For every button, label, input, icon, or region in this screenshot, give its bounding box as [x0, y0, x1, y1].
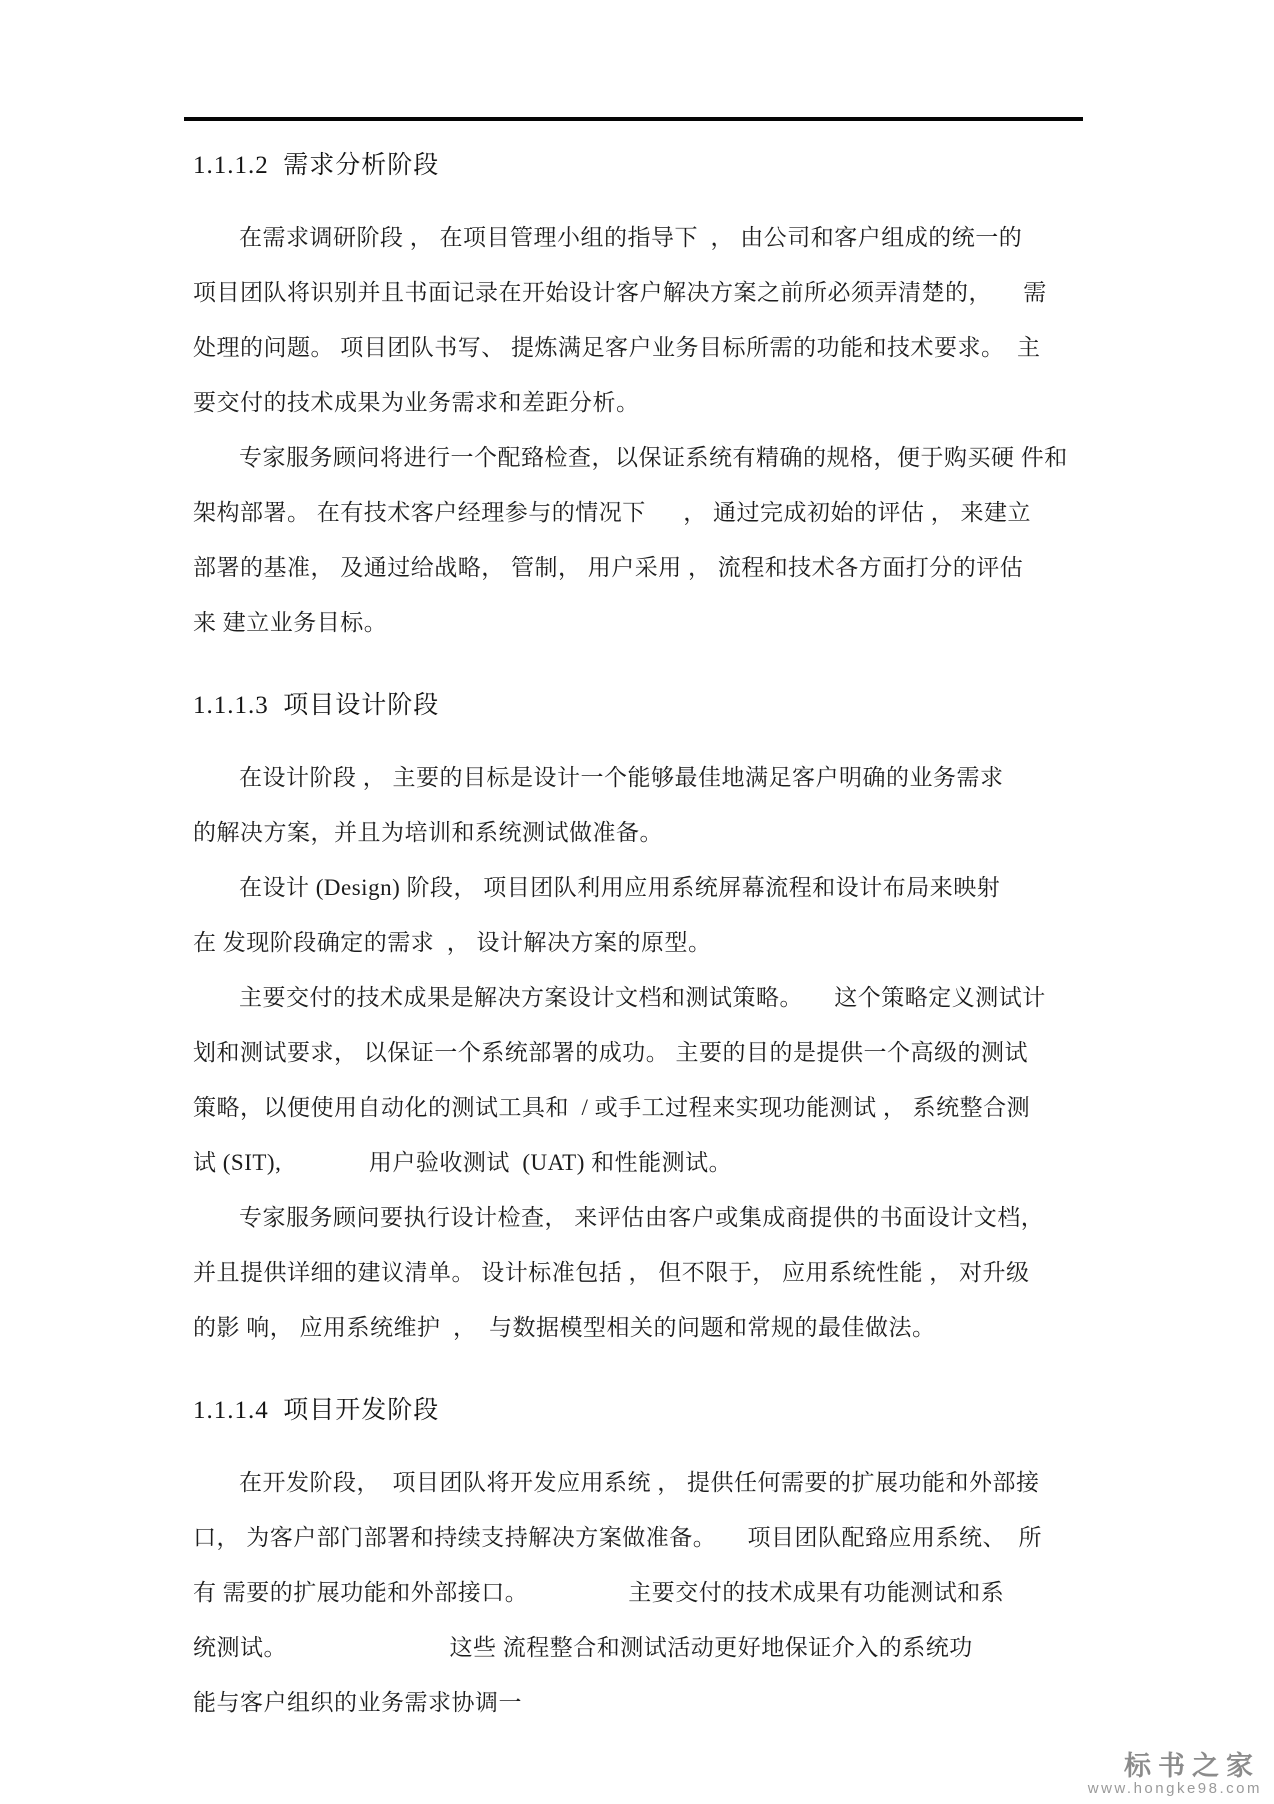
- paragraph-line: 的解决方案，并且为培训和系统测试做准备。: [193, 805, 1085, 860]
- document-page: 1.1.1.2 需求分析阶段在需求调研阶段 ， 在项目管理小组的指导下 ， 由公…: [0, 0, 1274, 1804]
- document-body: 1.1.1.2 需求分析阶段在需求调研阶段 ， 在项目管理小组的指导下 ， 由公…: [193, 0, 1085, 1730]
- paragraph: 专家服务顾问将进行一个配臵检查，以保证系统有精确的规格，便于购买硬 件和架构部署…: [193, 430, 1085, 650]
- document-section: 1.1.1.3 项目设计阶段在设计阶段 ， 主要的目标是设计一个能够最佳地满足客…: [193, 690, 1085, 1355]
- paragraph-line: 架构部署。 在有技术客户经理参与的情况下 ， 通过完成初始的评估 ， 来建立: [193, 485, 1085, 540]
- paragraph-line: 在需求调研阶段 ， 在项目管理小组的指导下 ， 由公司和客户组成的统一的: [193, 210, 1085, 265]
- paragraph-line: 试 (SIT), 用户验收测试 (UAT) 和性能测试。: [193, 1135, 1085, 1190]
- paragraph-line: 在设计阶段 ， 主要的目标是设计一个能够最佳地满足客户明确的业务需求: [193, 750, 1085, 805]
- paragraph-line: 并且提供详细的建议清单。 设计标准包括 ， 但不限于， 应用系统性能 ， 对升级: [193, 1245, 1085, 1300]
- paragraph-line: 在 发现阶段确定的需求 ， 设计解决方案的原型。: [193, 915, 1085, 970]
- paragraph-line: 口， 为客户部门部署和持续支持解决方案做准备。 项目团队配臵应用系统、 所: [193, 1510, 1085, 1565]
- watermark-url: www.hongke98.com: [1088, 1780, 1262, 1798]
- paragraph: 在设计 (Design) 阶段， 项目团队利用应用系统屏幕流程和设计布局来映射在…: [193, 860, 1085, 970]
- section-heading: 1.1.1.2 需求分析阶段: [193, 150, 1085, 182]
- paragraph-line: 处理的问题。 项目团队书写、 提炼满足客户业务目标所需的功能和技术要求。 主: [193, 320, 1085, 375]
- watermark: 标书之家 www.hongke98.com: [1088, 1752, 1262, 1798]
- paragraph: 主要交付的技术成果是解决方案设计文档和测试策略。 这个策略定义测试计划和测试要求…: [193, 970, 1085, 1190]
- watermark-logo-text: 标书之家: [1088, 1752, 1260, 1780]
- paragraph-line: 能与客户组织的业务需求协调一: [193, 1675, 1085, 1730]
- paragraph-line: 策略，以便使用自动化的测试工具和 / 或手工过程来实现功能测试 ， 系统整合测: [193, 1080, 1085, 1135]
- paragraph: 专家服务顾问要执行设计检查， 来评估由客户或集成商提供的书面设计文档，并且提供详…: [193, 1190, 1085, 1355]
- paragraph-line: 项目团队将识别并且书面记录在开始设计客户解决方案之前所必须弄清楚的， 需: [193, 265, 1085, 320]
- paragraph-line: 专家服务顾问将进行一个配臵检查，以保证系统有精确的规格，便于购买硬 件和: [193, 430, 1085, 485]
- paragraph-line: 在开发阶段， 项目团队将开发应用系统 ， 提供任何需要的扩展功能和外部接: [193, 1455, 1085, 1510]
- paragraph-line: 来 建立业务目标。: [193, 595, 1085, 650]
- paragraph: 在设计阶段 ， 主要的目标是设计一个能够最佳地满足客户明确的业务需求的解决方案，…: [193, 750, 1085, 860]
- document-section: 1.1.1.4 项目开发阶段在开发阶段， 项目团队将开发应用系统 ， 提供任何需…: [193, 1395, 1085, 1730]
- paragraph-line: 部署的基准， 及通过给战略， 管制， 用户采用 ， 流程和技术各方面打分的评估: [193, 540, 1085, 595]
- paragraph-line: 主要交付的技术成果是解决方案设计文档和测试策略。 这个策略定义测试计: [193, 970, 1085, 1025]
- paragraph-line: 划和测试要求， 以保证一个系统部署的成功。 主要的目的是提供一个高级的测试: [193, 1025, 1085, 1080]
- paragraph-line: 统测试。 这些 流程整合和测试活动更好地保证介入的系统功: [193, 1620, 1085, 1675]
- paragraph-line: 在设计 (Design) 阶段， 项目团队利用应用系统屏幕流程和设计布局来映射: [193, 860, 1085, 915]
- section-heading: 1.1.1.4 项目开发阶段: [193, 1395, 1085, 1427]
- paragraph-line: 专家服务顾问要执行设计检查， 来评估由客户或集成商提供的书面设计文档，: [193, 1190, 1085, 1245]
- paragraph-line: 的影 响， 应用系统维护 ， 与数据模型相关的问题和常规的最佳做法。: [193, 1300, 1085, 1355]
- paragraph: 在需求调研阶段 ， 在项目管理小组的指导下 ， 由公司和客户组成的统一的项目团队…: [193, 210, 1085, 430]
- section-heading: 1.1.1.3 项目设计阶段: [193, 690, 1085, 722]
- paragraph: 在开发阶段， 项目团队将开发应用系统 ， 提供任何需要的扩展功能和外部接口， 为…: [193, 1455, 1085, 1730]
- paragraph-line: 要交付的技术成果为业务需求和差距分析。: [193, 375, 1085, 430]
- document-section: 1.1.1.2 需求分析阶段在需求调研阶段 ， 在项目管理小组的指导下 ， 由公…: [193, 150, 1085, 650]
- paragraph-line: 有 需要的扩展功能和外部接口。 主要交付的技术成果有功能测试和系: [193, 1565, 1085, 1620]
